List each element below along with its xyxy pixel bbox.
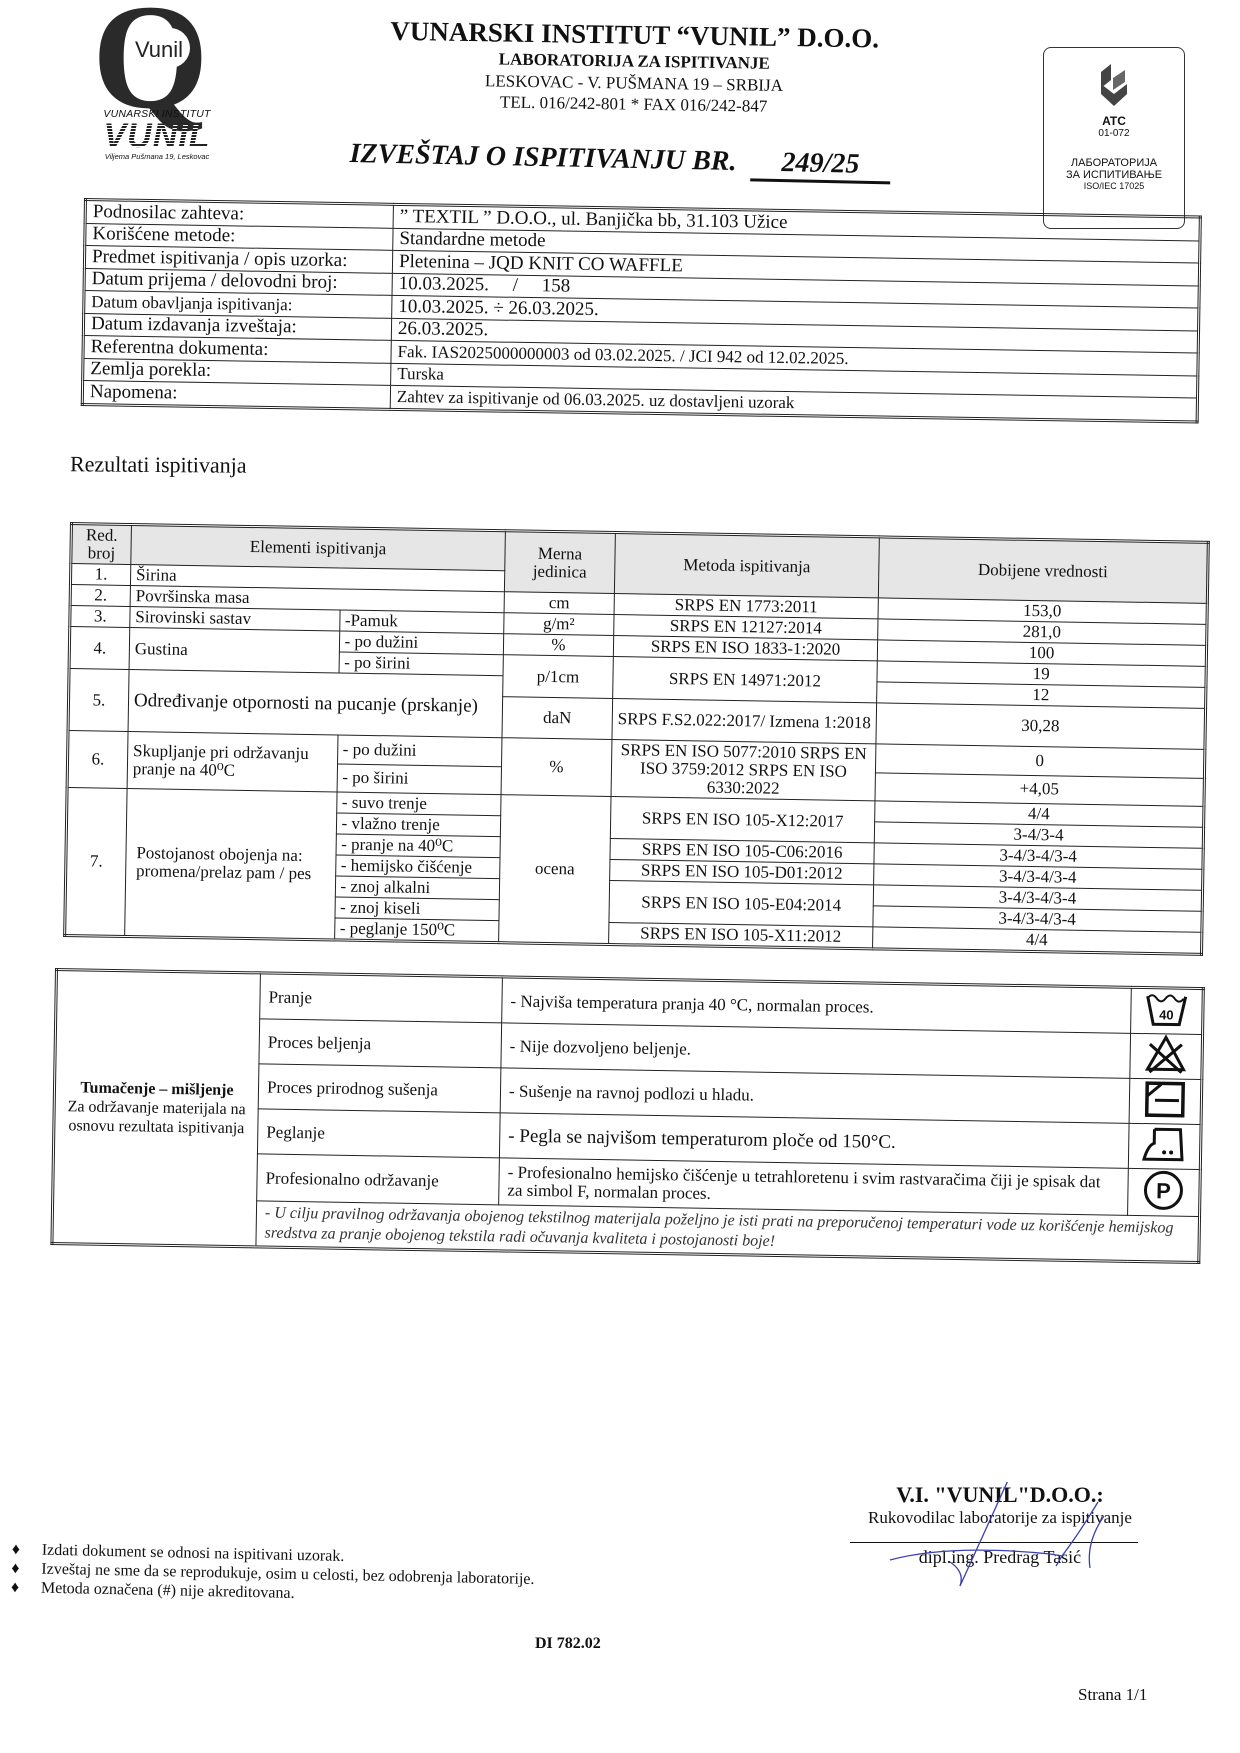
results-table: Red. broj Elementi ispitivanja Merna jed…	[63, 522, 1210, 956]
row-subelement: - hemijsko čišćenje	[335, 855, 500, 879]
row-unit: %	[503, 634, 613, 657]
row-unit: g/m²	[504, 613, 614, 636]
row-subelement: - po širini	[339, 652, 504, 676]
care-lead-title: Tumačenje – mišljenje	[80, 1079, 233, 1099]
col-header-value: Dobijene vrednosti	[878, 537, 1208, 603]
logo-wordmark: VUNARSKI INSTITUT VUNIL Viljema Pušmana …	[92, 108, 222, 161]
atc-line2: ЗА ИСПИТИВАЊЕ	[1044, 169, 1184, 181]
report-number: 249/25	[750, 146, 891, 184]
row-number: 1.	[70, 564, 130, 586]
logo-line3: Viljema Pušmana 19, Leskovac	[92, 152, 222, 161]
results-heading: Rezultati ispitivanja	[70, 451, 247, 479]
care-table-wrap: Tumačenje – mišljenje Za održavanje mate…	[50, 968, 1204, 1264]
row-subelement: - pranje na 40⁰C	[336, 834, 501, 858]
row-element: Postojanost obojenja na: promena/prelaz …	[125, 788, 337, 939]
row-element: Određivanje otpornosti na pucanje (prska…	[128, 669, 503, 737]
bullet-diamond-icon: ♦	[12, 1540, 42, 1560]
row-subelement: - po dužini	[337, 735, 502, 766]
care-category: Proces prirodnog sušenja	[258, 1064, 501, 1113]
col-header-no: Red. broj	[71, 524, 132, 565]
no-bleach-icon	[1130, 1033, 1203, 1079]
row-unit: %	[501, 738, 612, 797]
atc-code: 01-072	[1044, 128, 1184, 139]
row-element: Skupljanje pri održavanju pranje na 40⁰C	[127, 731, 337, 791]
bullet-diamond-icon: ♦	[11, 1559, 41, 1579]
row-unit: p/1cm	[503, 655, 613, 699]
dry-flat-shade-icon	[1129, 1078, 1202, 1124]
atc-line1: ЛАБОРАТОРИЈА	[1044, 157, 1184, 169]
info-label: Napomena:	[82, 381, 390, 409]
care-category: Peglanje	[257, 1109, 500, 1158]
atc-logo-icon	[1097, 62, 1131, 108]
footnotes: ♦Izdati dokument se odnosi na ispitivani…	[11, 1540, 712, 1612]
svg-text:P: P	[1156, 1178, 1171, 1203]
care-lead: Tumačenje – mišljenje Za održavanje mate…	[52, 970, 261, 1247]
handwritten-signature-icon	[850, 1482, 1150, 1592]
care-instructions-table: Tumačenje – mišljenje Za održavanje mate…	[50, 968, 1204, 1264]
svg-text:40: 40	[1159, 1007, 1174, 1022]
row-subelement: - po širini	[337, 763, 502, 794]
results-table-wrap: Red. broj Elementi ispitivanja Merna jed…	[63, 522, 1210, 956]
row-value: 4/4	[873, 927, 1202, 954]
row-subelement: - znoj alkalni	[335, 876, 500, 900]
logo-line2: VUNIL	[92, 120, 222, 152]
dry-clean-p-icon: P	[1128, 1168, 1201, 1216]
row-element: Gustina	[129, 628, 339, 673]
col-header-method: Metoda ispitivanja	[614, 533, 879, 598]
row-unit: cm	[504, 592, 614, 615]
row-subelement: - vlažno trenje	[336, 813, 501, 837]
bullet-diamond-icon: ♦	[11, 1578, 41, 1598]
row-unit: ocena	[499, 795, 611, 945]
atc-org: ATC	[1044, 114, 1184, 128]
report-title-text: IZVEŠTAJ O ISPITIVANJU BR.	[349, 138, 736, 177]
row-method: SRPS EN ISO 105-X12:2017	[610, 797, 875, 843]
row-number: 4.	[69, 627, 130, 670]
col-header-element: Elementi ispitivanja	[131, 525, 506, 571]
row-subelement: - znoj kiseli	[334, 897, 499, 921]
row-value: 30,28	[876, 703, 1205, 749]
row-method: SRPS EN ISO 105-X11:2012	[608, 922, 873, 948]
row-method: SRPS EN 14971:2012	[612, 657, 877, 703]
care-category: Pranje	[260, 973, 503, 1023]
row-method: SRPS EN ISO 105-E04:2014	[609, 880, 874, 926]
report-title: IZVEŠTAJ O ISPITIVANJU BR.249/25	[349, 138, 891, 184]
vunil-logo: Q Vunil	[92, 0, 222, 100]
accreditation-badge: ATC 01-072 ЛАБОРАТОРИЈА ЗА ИСПИТИВАЊЕ IS…	[1043, 47, 1185, 229]
row-subelement: -Pamuk	[339, 610, 504, 634]
row-method: SRPS EN ISO 5077:2010 SRPS EN ISO 3759:2…	[611, 740, 876, 801]
col-header-unit: Merna jedinica	[504, 531, 615, 594]
row-subelement: - peglanje 150⁰C	[334, 918, 499, 943]
row-method: SRPS F.S2.022:2017/ Izmena 1:2018	[612, 699, 877, 744]
row-subelement: - po dužini	[339, 631, 504, 655]
care-category: Profesionalno održavanje	[257, 1154, 500, 1205]
wash-40-icon: 40	[1131, 987, 1204, 1034]
footnote-text: Metoda označena (#) nije akreditovana.	[41, 1580, 295, 1602]
row-number: 3.	[70, 606, 130, 628]
logo-inner-text: Vunil	[128, 28, 190, 68]
row-number: 2.	[70, 585, 130, 607]
atc-standard: ISO/IEC 17025	[1044, 181, 1184, 191]
row-subelement: - suvo trenje	[336, 792, 501, 816]
signature-block: V.I. "VUNIL"D.O.O.: Rukovodilac laborato…	[850, 1482, 1150, 1568]
row-number: 7.	[65, 787, 127, 936]
letterhead: VUNARSKI INSTITUT “VUNIL” D.O.O. LABORAT…	[338, 14, 929, 119]
care-category: Proces beljenja	[259, 1019, 502, 1068]
iron-medium-icon	[1128, 1123, 1201, 1169]
report-info-table: Podnosilac zahteva:” TEXTIL ” D.O.O., ul…	[81, 198, 1202, 423]
page-number: Strana 1/1	[1078, 1685, 1147, 1705]
document-id: DI 782.02	[535, 1635, 601, 1653]
care-lead-text: Za održavanje materijala na osnovu rezul…	[67, 1098, 245, 1137]
row-unit: daN	[502, 697, 612, 740]
row-number: 6.	[67, 730, 128, 788]
row-number: 5.	[68, 669, 129, 732]
